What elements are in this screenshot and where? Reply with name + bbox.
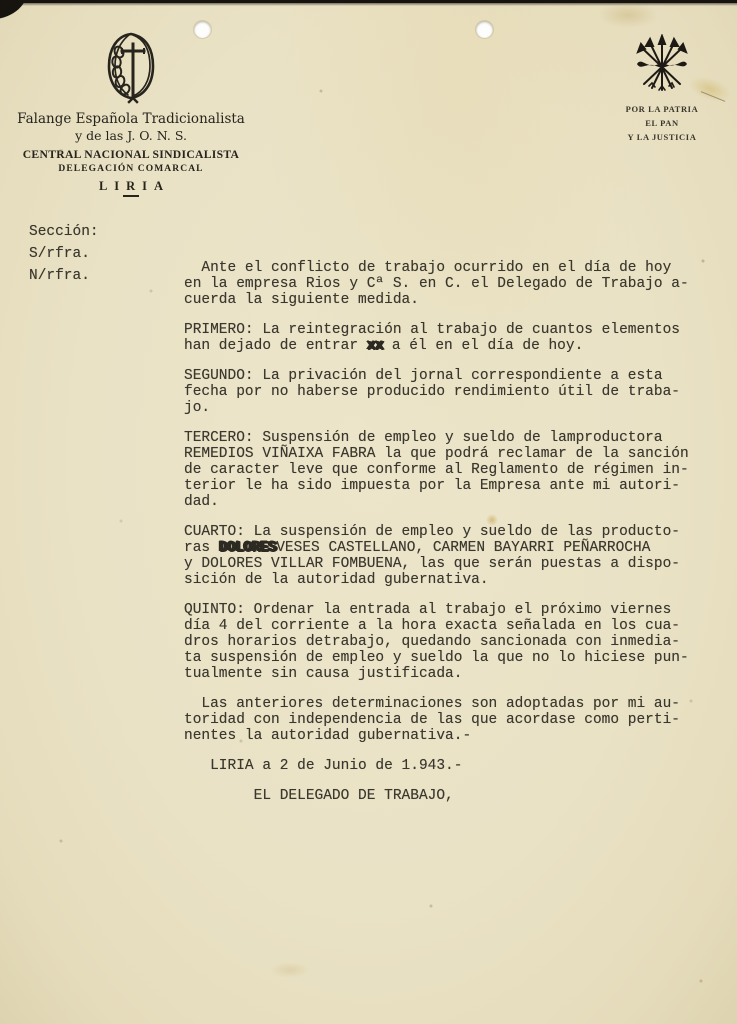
typed-line: día 4 del corriente a la hora exacta señ… xyxy=(184,618,724,634)
cns-wreath-sword-emblem-icon xyxy=(98,28,164,108)
motto-line2: EL PAN xyxy=(604,116,720,130)
falange-yoke-and-arrows-emblem-icon xyxy=(632,34,692,96)
overstrike-text: DOLORES xyxy=(219,540,276,556)
typed-line: QUINTO: Ordenar la entrada al trabajo el… xyxy=(184,602,724,618)
punch-hole xyxy=(476,21,493,38)
typed-line: LIRIA a 2 de Junio de 1.943.- xyxy=(184,758,724,774)
typed-line: y DOLORES VILLAR FOMBUENA, las que serán… xyxy=(184,556,724,572)
paragraph: TERCERO: Suspensión de empleo y sueldo d… xyxy=(184,430,724,510)
paragraph: EL DELEGADO DE TRABAJO, xyxy=(184,788,724,804)
typed-line: dros horarios detrabajo, quedando sancio… xyxy=(184,634,724,650)
typed-line: nentes la autoridad gubernativa.- xyxy=(184,728,724,744)
paragraph: PRIMERO: La reintegración al trabajo de … xyxy=(184,322,724,354)
section-label: Sección: xyxy=(29,221,99,243)
motto-line1: POR LA PATRIA xyxy=(604,102,720,116)
typed-line: fecha por no haberse producido rendimien… xyxy=(184,384,724,400)
org-delegation-line: DELEGACIÓN COMARCAL xyxy=(16,163,246,175)
reference-block: Sección: S/rfra. N/rfra. xyxy=(29,221,99,287)
typed-line: REMEDIOS VIÑAIXA FABRA la que podrá recl… xyxy=(184,446,724,462)
typed-line: Ante el conflicto de trabajo ocurrido en… xyxy=(184,260,724,276)
typed-line: de caracter leve que conforme al Reglame… xyxy=(184,462,724,478)
typed-line: SEGUNDO: La privación del jornal corresp… xyxy=(184,368,724,384)
scan-edge-fade xyxy=(0,3,737,6)
typed-line: cuerda la siguiente medida. xyxy=(184,292,724,308)
town-underline xyxy=(123,195,139,197)
typed-line: terior le ha sido impuesta por la Empres… xyxy=(184,478,724,494)
org-name-line2: y de las J. O. N. S. xyxy=(16,128,246,143)
typed-line: sición de la autoridad gubernativa. xyxy=(184,572,724,588)
paper-specks xyxy=(0,0,2,2)
typed-line: jo. xyxy=(184,400,724,416)
paragraph: Las anteriores determinaciones son adopt… xyxy=(184,696,724,744)
letterhead-left-block: Falange Española Tradicionalista y de la… xyxy=(16,28,246,197)
typed-line: toridad con independencia de las que aco… xyxy=(184,712,724,728)
typed-line: CUARTO: La suspensión de empleo y sueldo… xyxy=(184,524,724,540)
org-name-line3: CENTRAL NACIONAL SINDICALISTA xyxy=(19,147,242,161)
sender-reference: S/rfra. xyxy=(29,243,99,265)
paragraph: CUARTO: La suspensión de empleo y sueldo… xyxy=(184,524,724,588)
document-page: Falange Española Tradicionalista y de la… xyxy=(0,0,737,1024)
typed-line: tualmente sin causa justificada. xyxy=(184,666,724,682)
motto-line3: Y LA JUSTICIA xyxy=(604,130,720,144)
overstrike-text: xx xyxy=(367,338,383,354)
typed-line: TERCERO: Suspensión de empleo y sueldo d… xyxy=(184,430,724,446)
number-reference: N/rfra. xyxy=(29,265,99,287)
paragraph: LIRIA a 2 de Junio de 1.943.- xyxy=(184,758,724,774)
typed-line: EL DELEGADO DE TRABAJO, xyxy=(184,788,724,804)
typed-line: ta suspensión de empleo y sueldo la que … xyxy=(184,650,724,666)
typed-line: ras DOLORESVESES CASTELLANO, CARMEN BAYA… xyxy=(184,540,724,556)
body-text: Ante el conflicto de trabajo ocurrido en… xyxy=(184,260,724,818)
paper-stain xyxy=(270,962,310,978)
typed-line: Las anteriores determinaciones son adopt… xyxy=(184,696,724,712)
letterhead-right-block: POR LA PATRIA EL PAN Y LA JUSTICIA xyxy=(604,34,720,144)
typed-line: han dejado de entrar xx a él en el día d… xyxy=(184,338,724,354)
paragraph: QUINTO: Ordenar la entrada al trabajo el… xyxy=(184,602,724,682)
paragraph: Ante el conflicto de trabajo ocurrido en… xyxy=(184,260,724,308)
typed-line: dad. xyxy=(184,494,724,510)
typed-line: PRIMERO: La reintegración al trabajo de … xyxy=(184,322,724,338)
org-name-line1: Falange Española Tradicionalista xyxy=(16,111,246,127)
org-town-name: LIRIA xyxy=(16,179,246,193)
paragraph: SEGUNDO: La privación del jornal corresp… xyxy=(184,368,724,416)
typed-line: en la empresa Rios y Cª S. en C. el Dele… xyxy=(184,276,724,292)
